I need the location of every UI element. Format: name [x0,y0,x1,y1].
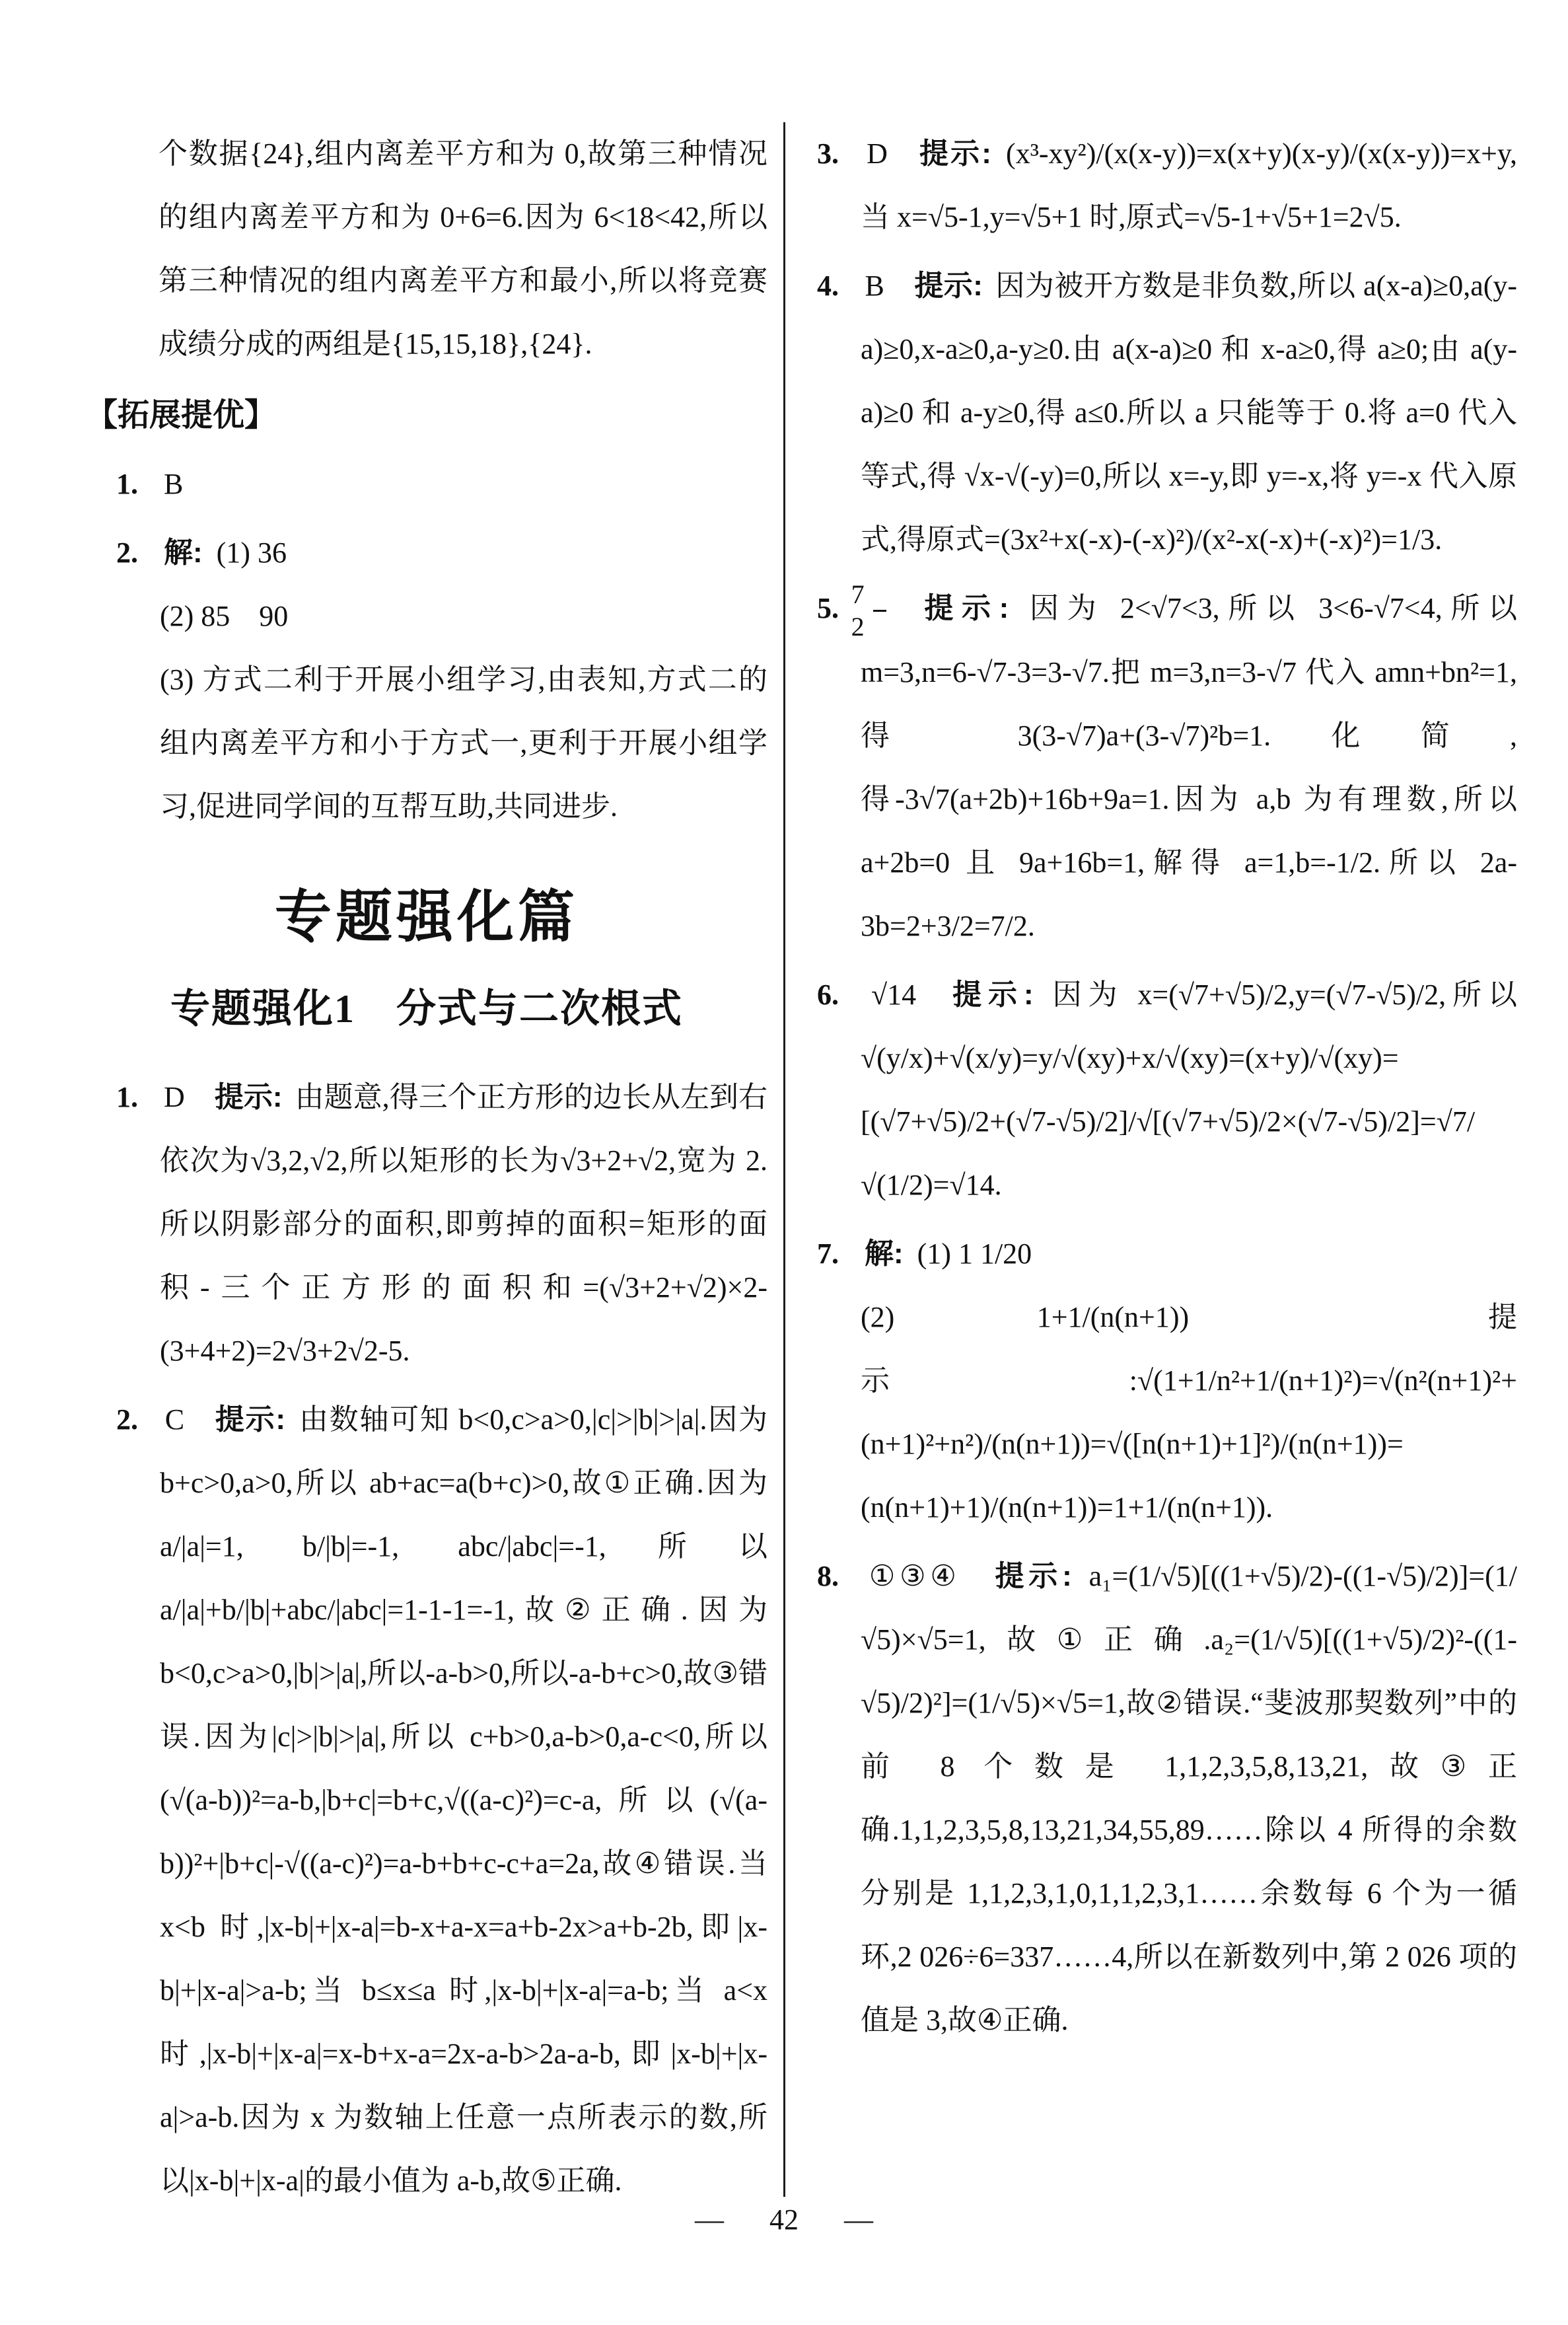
item-number: 1. [116,1081,138,1113]
right-column: 3. D 提示: (x³-xy²)/(x(x-y))=x(x+y)(x-y)/(… [817,122,1517,2057]
item-number: 2. [116,1403,138,1436]
item-answer-line: (2) 1+1/(n(n+1)) 提示:√(1+1/n²+1/(n+1)²)=√… [861,1286,1517,1539]
item-answer-line: (3) 方式二利于开展小组学习,由表知,方式二的组内离差平方和小于方式一,更利于… [160,648,767,838]
item-answer: D [164,1081,185,1113]
footer-right-dash: — [844,2203,873,2236]
page-number-footer: — 42 — [0,2200,1568,2240]
left-column: 个数据{24},组内离差平方和为 0,故第三种情况的组内离差平方和为 0+6=6… [86,122,767,2218]
item-answer: ①③④ [869,1560,961,1592]
item-answer-line: (1) 36 [217,536,287,569]
continuation-paragraph: 个数据{24},组内离差平方和为 0,故第三种情况的组内离差平方和为 0+6=6… [159,122,767,376]
hint-text: 因为 x=(√7+√5)/2,y=(√7-√5)/2,所以 √(y/x)+√(x… [861,978,1517,1201]
hint-label: 提示: [952,978,1034,1011]
item-answer-line: (2) 85 90 [160,585,767,648]
item-answer-label: 解: [164,536,203,569]
part-title: 专题强化篇 [86,881,767,953]
topic-item-1: 1. D 提示: 由题意,得三个正方形的边长从左到右依次为√3,2,√2,所以矩… [116,1066,767,1383]
item-answer: B [865,270,884,302]
hint-text: 因为 2<√7<3,所以 3<6-√7<4,所以 m=3,n=6-√7-3=3-… [861,592,1517,942]
item-answer-line: (1) 1 1/20 [917,1237,1032,1270]
topic-item-8: 8. ①③④ 提示: a₁=(1/√5)[((1+√5)/2)-((1-√5)/… [817,1545,1517,2052]
topic-item-4: 4. B 提示: 因为被开方数是非负数,所以 a(x-a)≥0,a(y-a)≥0… [817,254,1517,572]
hint-label: 提示: [924,592,1009,624]
workbook-answer-page: 个数据{24},组内离差平方和为 0,故第三种情况的组内离差平方和为 0+6=6… [0,0,1568,2325]
topic-item-6: 6. √14 提示: 因为 x=(√7+√5)/2,y=(√7-√5)/2,所以… [817,963,1517,1217]
exercise-item-2: 2. 解: (1) 36 (2) 85 90 (3) 方式二利于开展小组学习,由… [116,521,767,838]
hint-label: 提示: [995,1560,1071,1592]
hint-text: 由数轴可知 b<0,c>a>0,|c|>|b|>|a|.因为 b+c>0,a>0… [160,1403,767,2197]
item-number: 4. [817,270,839,302]
fraction-denominator: 2 [873,612,886,641]
item-number: 8. [817,1560,839,1592]
hint-text: 由题意,得三个正方形的边长从左到右依次为√3,2,√2,所以矩形的长为√3+2+… [160,1081,767,1367]
hint-text: a₁=(1/√5)[((1+√5)/2)-((1-√5)/2)]=(1/√5)×… [861,1560,1517,2036]
hint-label: 提示: [914,270,983,302]
topic-item-7: 7. 解: (1) 1 1/20 (2) 1+1/(n(n+1)) 提示:√(1… [817,1222,1517,1539]
footer-left-dash: — [695,2203,724,2236]
hint-label: 提示: [215,1403,285,1436]
item-answer: C [165,1403,184,1436]
topic-item-5: 5. 72 提示: 因为 2<√7<3,所以 3<6-√7<4,所以 m=3,n… [817,577,1517,958]
item-answer: D [867,137,888,170]
item-number: 7. [817,1237,839,1270]
topic-item-3: 3. D 提示: (x³-xy²)/(x(x-y))=x(x+y)(x-y)/(… [817,122,1517,249]
item-number: 3. [817,137,839,170]
section-header-tuozhan: 【拓展提优】 [86,383,767,449]
item-number: 2. [116,536,138,569]
column-divider-rule [783,122,785,2197]
item-number: 1. [116,468,138,500]
item-answer: B [164,468,183,500]
fraction-numerator: 7 [873,581,886,612]
hint-label: 提示: [919,137,991,170]
exercise-item-1: 1. B [116,453,767,516]
item-number: 6. [817,978,839,1011]
hint-text: 因为被开方数是非负数,所以 a(x-a)≥0,a(y-a)≥0,x-a≥0,a-… [861,270,1517,556]
topic-title: 专题强化1 分式与二次根式 [86,982,767,1035]
item-answer: √14 [871,978,916,1011]
item-answer-label: 解: [865,1237,904,1270]
item-number: 5. [817,592,839,624]
item-answer-fraction: 72 [873,581,886,641]
topic-item-2: 2. C 提示: 由数轴可知 b<0,c>a>0,|c|>|b|>|a|.因为 … [116,1388,767,2213]
page-number: 42 [769,2203,799,2236]
hint-label: 提示: [215,1081,283,1113]
